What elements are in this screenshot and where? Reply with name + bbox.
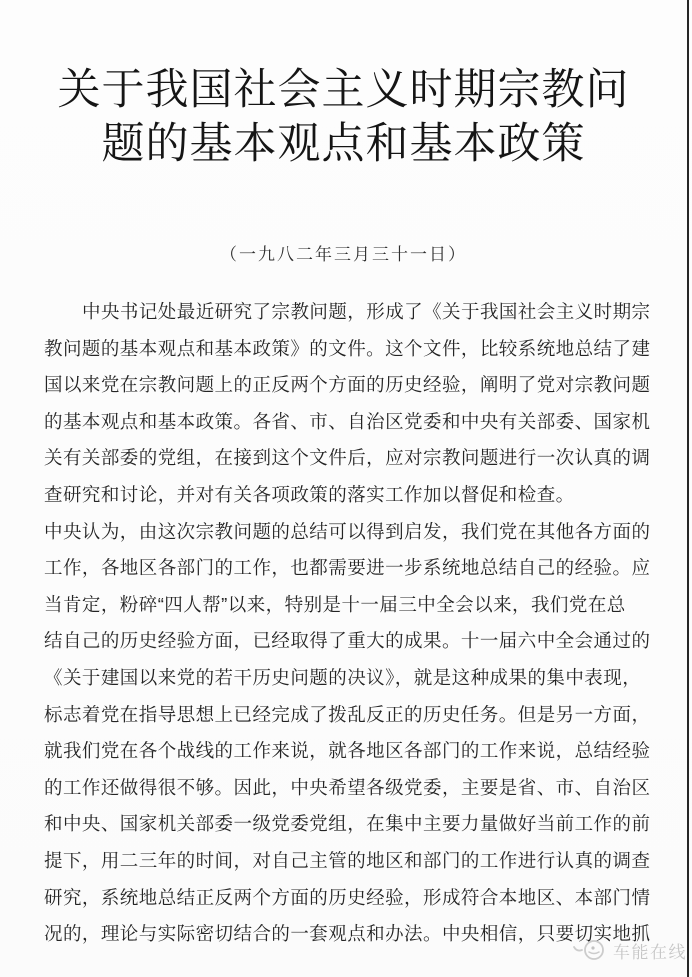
brand-logo-icon <box>572 938 608 962</box>
body-line: 就我们党在各个战线的工作来说，就各地区各部门的工作来说，总结经验 <box>44 733 652 770</box>
document-body: 中央书记处最近研究了宗教问题，形成了《关于我国社会主义时期宗 教问题的基本观点和… <box>44 294 652 953</box>
body-line: 结自己的历史经验方面，已经取得了重大的成果。十一届六中全会通过的 <box>44 623 652 660</box>
body-line: 国以来党在宗教问题上的正反两个方面的历史经验，阐明了党对宗教问题 <box>44 367 652 404</box>
brand-watermark-label: 车能在线 <box>613 938 687 963</box>
body-line: 和中央、国家机关部委一级党委党组，在集中主要力量做好当前工作的前 <box>44 806 652 843</box>
body-line: 当肯定，粉碎“四人帮”以来，特别是十一届三中全会以来，我们党在总 <box>44 587 652 624</box>
document-title-line1: 关于我国社会主义时期宗教问 <box>0 64 687 118</box>
brand-watermark: 车能在线 <box>572 937 687 963</box>
body-line: 中央认为，由这次宗教问题的总结可以得到启发，我们党在其他各方面的 <box>44 514 652 551</box>
document-title: 关于我国社会主义时期宗教问 题的基本观点和基本政策 <box>0 64 687 172</box>
body-line: 提下，用二三年的时间，对自己主管的地区和部门的工作进行认真的调查 <box>44 843 652 880</box>
body-line: 的基本观点和基本政策。各省、市、自治区党委和中央有关部委、国家机 <box>44 404 652 441</box>
document-page: 关于我国社会主义时期宗教问 题的基本观点和基本政策 （一九八二年三月三十一日） … <box>0 0 692 977</box>
body-line: 的工作还做得很不够。因此，中央希望各级党委，主要是省、市、自治区 <box>44 770 652 807</box>
body-line: 中央书记处最近研究了宗教问题，形成了《关于我国社会主义时期宗 <box>44 294 652 331</box>
body-line: 标志着党在指导思想上已经完成了拨乱反正的历史任务。但是另一方面， <box>44 697 652 734</box>
page-edge-rule <box>687 0 689 977</box>
body-line: 查研究和讨论，并对有关各项政策的落实工作加以督促和检查。 <box>44 477 652 514</box>
body-line: 研究，系统地总结正反两个方面的历史经验，形成符合本地区、本部门情 <box>44 880 652 917</box>
body-line: 《关于建国以来党的若干历史问题的决议》，就是这种成果的集中表现， <box>44 660 652 697</box>
body-line: 关有关部委的党组，在接到这个文件后，应对宗教问题进行一次认真的调 <box>44 440 652 477</box>
body-line: 教问题的基本观点和基本政策》的文件。这个文件，比较系统地总结了建 <box>44 331 652 368</box>
body-line: 工作，各地区各部门的工作，也都需要进一步系统地总结自己的经验。应 <box>44 550 652 587</box>
document-date: （一九八二年三月三十一日） <box>0 244 687 266</box>
document-title-line2: 题的基本观点和基本政策 <box>0 118 687 172</box>
body-line: 况的，理论与实际密切结合的一套观点和办法。中央相信，只要切实地抓 <box>44 916 652 953</box>
